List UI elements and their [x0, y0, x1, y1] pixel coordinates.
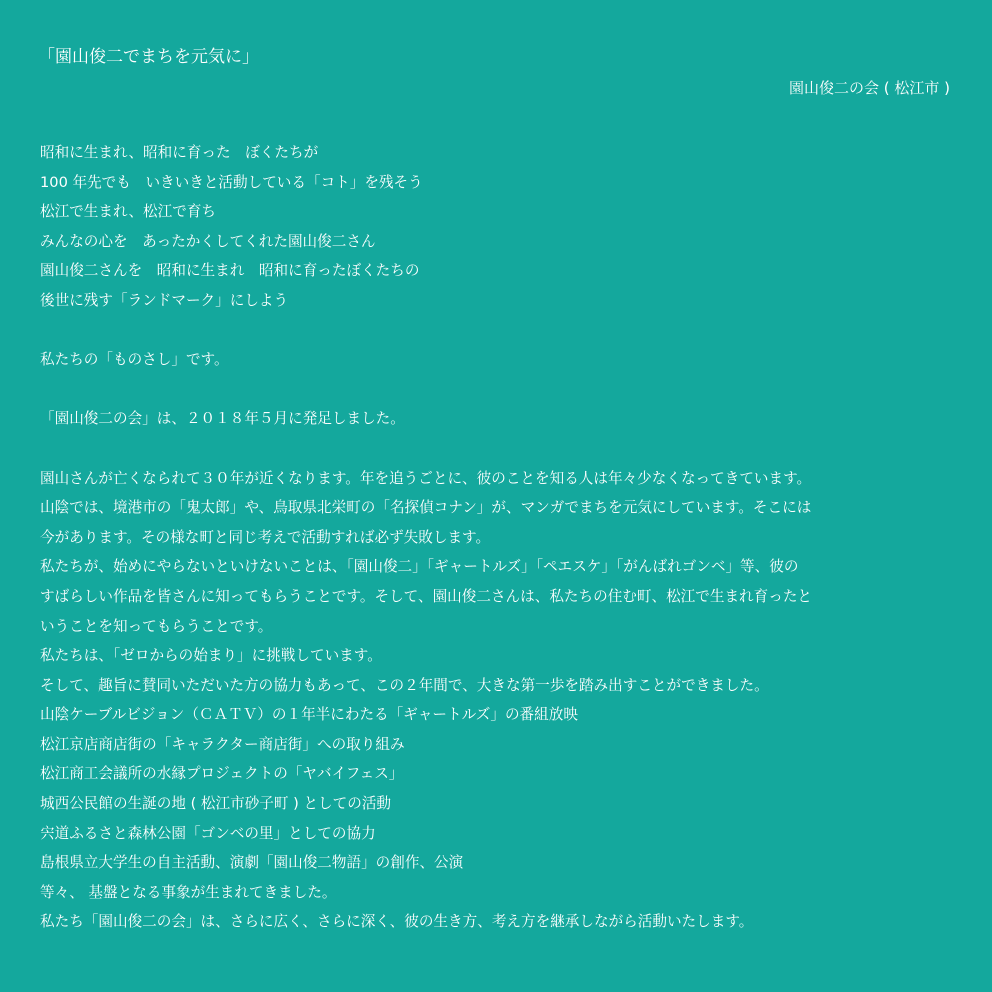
- body-line: 園山さんが亡くなられて３０年が近くなります。年を追うごとに、彼のことを知る人は年…: [40, 464, 960, 494]
- poem-line: 園山俊二さんを 昭和に生まれ 昭和に育ったぼくたちの: [40, 256, 960, 286]
- poem-section: 昭和に生まれ、昭和に育った ぼくたちが 100 年先でも いきいきと活動している…: [40, 138, 960, 316]
- document-page: 「園山俊二でまちを元気に」 園山俊二の会 ( 松江市 ) 昭和に生まれ、昭和に育…: [0, 0, 992, 992]
- closing-line: 私たち「園山俊二の会」は、さらに広く、さらに深く、彼の生き方、考え方を継承しなが…: [40, 907, 960, 937]
- poem-line: 後世に残す「ランドマーク」にしよう: [40, 286, 960, 316]
- poem-line: 昭和に生まれ、昭和に育った ぼくたちが: [40, 138, 960, 168]
- body-line: 私たちは、「ゼロからの始まり」に挑戦しています。: [40, 641, 960, 671]
- body-line: すばらしい作品を皆さんに知ってもらうことです。そして、園山俊二さんは、私たちの住…: [40, 582, 960, 612]
- body-line: 私たちが、始めにやらないといけないことは、「園山俊二」「ギャートルズ」「ペエスケ…: [40, 552, 960, 582]
- activity-item: 松江京店商店街の「キャラクター商店街」への取り組み: [40, 730, 960, 760]
- activity-item: 山陰ケーブルビジョン（ＣＡＴＶ）の１年半にわたる「ギャートルズ」の番組放映: [40, 700, 960, 730]
- author-credit: 園山俊二の会 ( 松江市 ): [789, 78, 950, 98]
- body-line: いうことを知ってもらうことです。: [40, 612, 960, 642]
- page-title: 「園山俊二でまちを元気に」: [38, 46, 259, 68]
- activity-item: 松江商工会議所の水縁プロジェクトの「ヤバイフェス」: [40, 759, 960, 789]
- spacer: [40, 375, 960, 405]
- body-line: 等々、 基盤となる事象が生まれてきました。: [40, 878, 960, 908]
- activity-item: 城西公民館の生誕の地 ( 松江市砂子町 ) としての活動: [40, 789, 960, 819]
- poem-line: 100 年先でも いきいきと活動している「コト」を残そう: [40, 168, 960, 198]
- motto-line: 私たちの「ものさし」です。: [40, 345, 960, 375]
- activity-item: 宍道ふるさと森林公園「ゴンベの里」としての協力: [40, 819, 960, 849]
- poem-line: みんなの心を あったかくしてくれた園山俊二さん: [40, 227, 960, 257]
- document-body: 昭和に生まれ、昭和に育った ぼくたちが 100 年先でも いきいきと活動している…: [40, 138, 960, 937]
- body-line: 今があります。その様な町と同じ考えで活動すれば必ず失敗します。: [40, 523, 960, 553]
- body-line: 山陰では、境港市の「鬼太郎」や、鳥取県北栄町の「名探偵コナン」が、マンガでまちを…: [40, 493, 960, 523]
- body-line: そして、趣旨に賛同いただいた方の協力もあって、この２年間で、大きな第一歩を踏み出…: [40, 671, 960, 701]
- founded-line: 「園山俊二の会」は、２０１８年５月に発足しました。: [40, 404, 960, 434]
- main-section: 園山さんが亡くなられて３０年が近くなります。年を追うごとに、彼のことを知る人は年…: [40, 464, 960, 938]
- spacer: [40, 434, 960, 464]
- activity-item: 島根県立大学生の自主活動、演劇「園山俊二物語」の創作、公演: [40, 848, 960, 878]
- spacer: [40, 316, 960, 346]
- poem-line: 松江で生まれ、松江で育ち: [40, 197, 960, 227]
